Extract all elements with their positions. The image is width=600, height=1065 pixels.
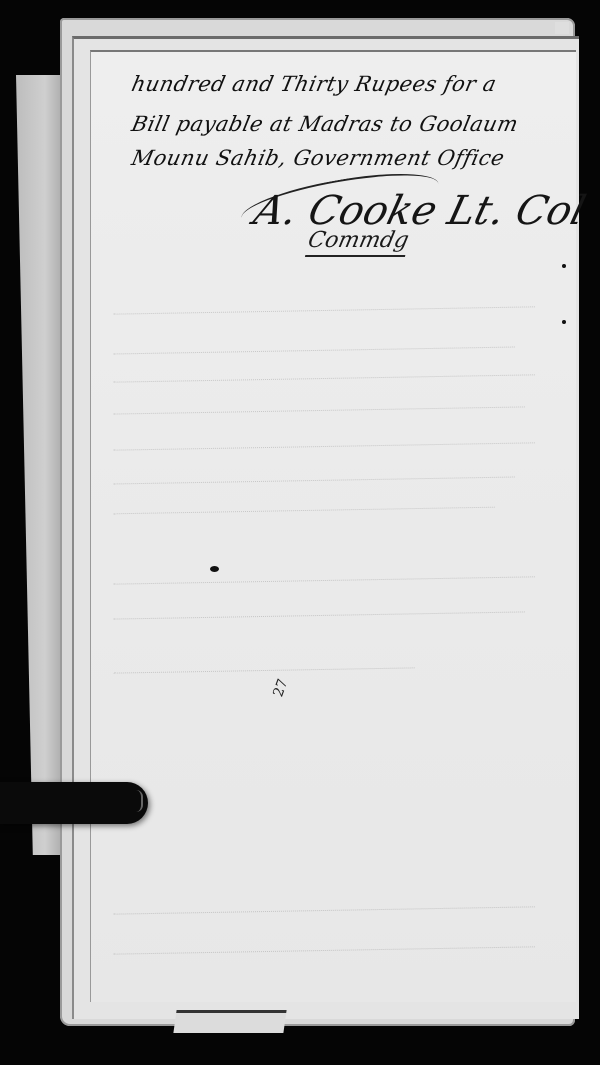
binder-clip xyxy=(0,782,148,824)
ink-dot xyxy=(562,264,566,268)
body-line-3: Mounu Sahib, Government Office xyxy=(129,146,506,170)
binder-clip-highlight xyxy=(136,790,143,812)
signature-name: A. Cooke Lt. Col xyxy=(249,188,590,234)
ink-blot xyxy=(210,566,219,572)
ink-dot xyxy=(562,320,566,324)
body-line-2: Bill payable at Madras to Goolaum xyxy=(129,112,520,136)
signature-title: Commdg xyxy=(305,228,411,257)
paper-tab xyxy=(555,22,569,34)
bottom-paper-fold xyxy=(173,1010,286,1033)
underlying-page-edge xyxy=(16,75,64,855)
body-line-1: hundred and Thirty Rupees for a xyxy=(129,72,498,96)
